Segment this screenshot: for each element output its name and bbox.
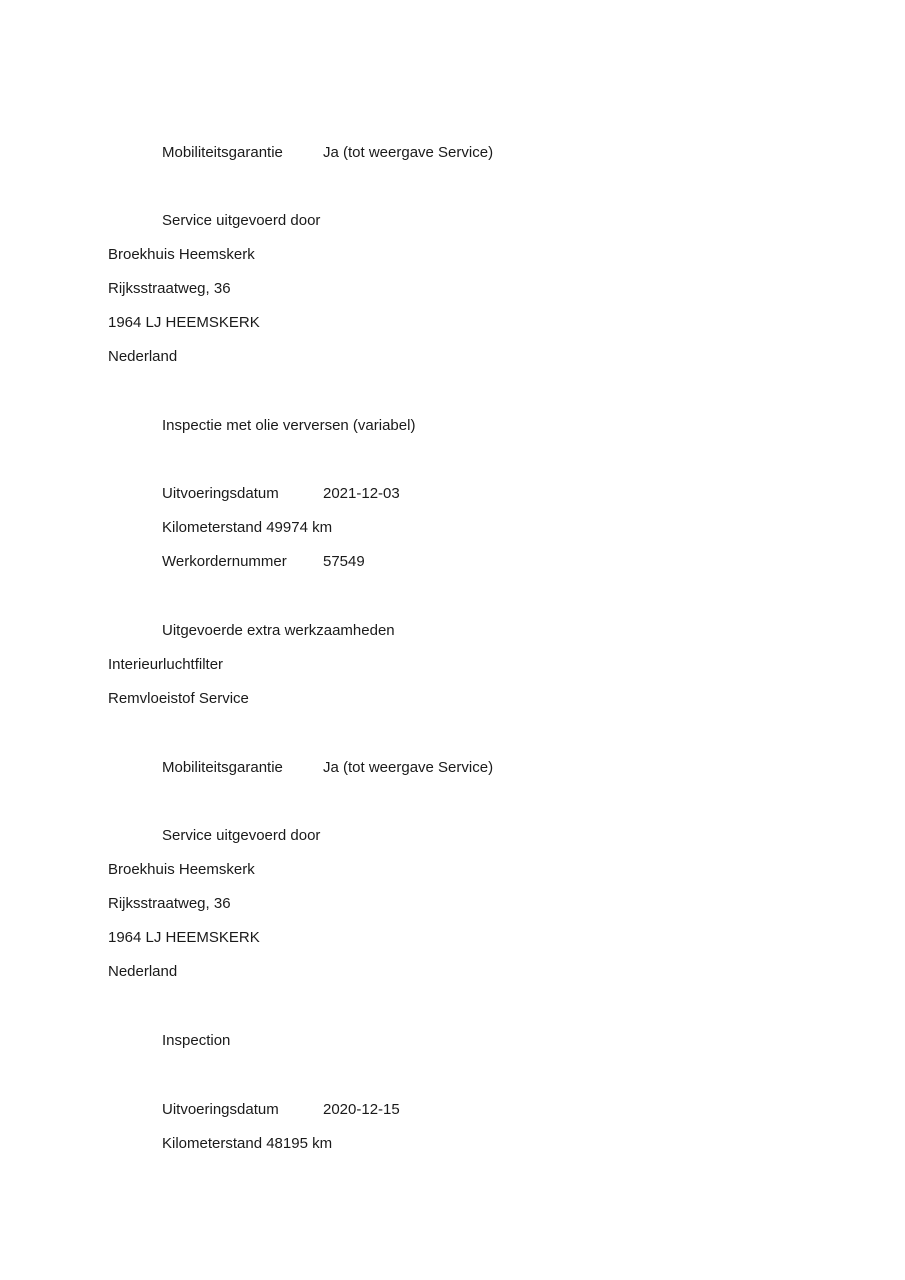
extra-work-item: Interieurluchtfilter [108, 656, 223, 674]
date-label: Uitvoeringsdatum [162, 1101, 279, 1119]
mobility-guarantee-label: Mobiliteitsgarantie [162, 759, 283, 777]
mobility-guarantee-value: Ja (tot weergave Service) [323, 144, 493, 162]
service-heading: Service uitgevoerd door [162, 212, 320, 230]
dealer-street: Rijksstraatweg, 36 [108, 280, 231, 298]
dealer-city: 1964 LJ HEEMSKERK [108, 314, 260, 332]
job-title: Inspectie met olie verversen (variabel) [162, 417, 415, 435]
work-order-label: Werkordernummer [162, 553, 287, 571]
dealer-name: Broekhuis Heemskerk [108, 861, 255, 879]
mobility-guarantee-value: Ja (tot weergave Service) [323, 759, 493, 777]
dealer-street: Rijksstraatweg, 36 [108, 895, 231, 913]
date-value: 2020-12-15 [323, 1101, 400, 1119]
date-value: 2021-12-03 [323, 485, 400, 503]
dealer-city: 1964 LJ HEEMSKERK [108, 929, 260, 947]
work-order-value: 57549 [323, 553, 365, 571]
mileage: Kilometerstand 48195 km [162, 1135, 332, 1153]
mobility-guarantee-label: Mobiliteitsgarantie [162, 144, 283, 162]
service-heading: Service uitgevoerd door [162, 827, 320, 845]
dealer-country: Nederland [108, 348, 177, 366]
dealer-name: Broekhuis Heemskerk [108, 246, 255, 264]
date-label: Uitvoeringsdatum [162, 485, 279, 503]
extra-work-heading: Uitgevoerde extra werkzaamheden [162, 622, 395, 640]
mileage: Kilometerstand 49974 km [162, 519, 332, 537]
job-title: Inspection [162, 1032, 230, 1050]
dealer-country: Nederland [108, 963, 177, 981]
extra-work-item: Remvloeistof Service [108, 690, 249, 708]
